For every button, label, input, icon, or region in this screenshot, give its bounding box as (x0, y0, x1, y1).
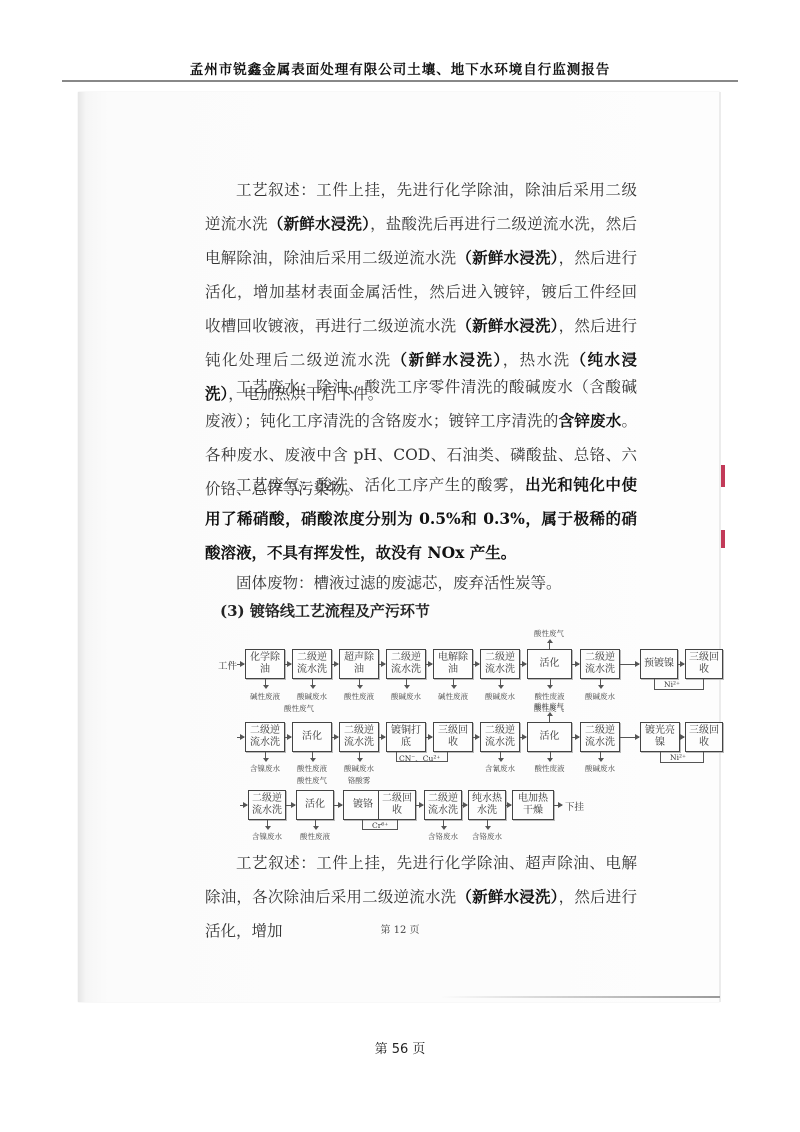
process-box: 化学除油 (245, 649, 285, 679)
pollutant-label: 酸性废气 (290, 776, 334, 786)
arrow-down (312, 752, 313, 760)
process-box: 镀铜打底 (386, 722, 426, 752)
arrow-right (554, 805, 562, 806)
arrow-right (473, 664, 479, 665)
arrow-right (379, 737, 385, 738)
recycle-ion-label: Ni²⁺ (664, 680, 680, 689)
pollutant-label: 酸碱废水 (290, 692, 334, 702)
pollutant-label: 含铬废水 (465, 832, 509, 842)
arrow-right (462, 805, 467, 806)
arrow-down (267, 820, 268, 828)
process-box: 二级逆流水洗 (292, 649, 332, 679)
arrow-down (315, 820, 316, 828)
arrow-down (550, 679, 551, 687)
pollutant-label: 酸碱废水 (478, 692, 522, 702)
arrow-down (550, 752, 551, 760)
arrow-down (359, 679, 360, 687)
arrow-right (285, 737, 291, 738)
arrow-down (500, 752, 501, 760)
arrow-down (443, 820, 444, 828)
page-number: 第 56 页 (0, 1038, 800, 1057)
arrow-right (426, 737, 432, 738)
arrow-right (334, 805, 342, 806)
arrow-right (285, 664, 291, 665)
arrow-down (265, 679, 266, 687)
arrow-right (332, 664, 338, 665)
pollutant-label: 酸性废气 (277, 704, 321, 714)
process-box: 二级逆流水洗 (339, 722, 379, 752)
arrow-down (359, 752, 360, 760)
pollutant-label: 酸碱废水 (578, 692, 622, 702)
process-box: 二级逆流水洗 (245, 722, 285, 752)
arrow-right (520, 664, 526, 665)
recycle-ion-label: Ni²⁺ (670, 753, 686, 762)
arrow-right (237, 737, 244, 738)
pollutant-label: 含氰废水 (478, 764, 522, 774)
process-box: 二级逆流水洗 (580, 722, 620, 752)
pollutant-label: 碱性废液 (243, 692, 287, 702)
arrow-right (572, 737, 579, 738)
pollutant-label: 酸碱废水 (384, 692, 428, 702)
pollutant-label: 酸性废液 (293, 832, 337, 842)
process-box: 二级逆流水洗 (480, 722, 520, 752)
process-box: 活化 (527, 649, 572, 679)
arrow-right (620, 737, 639, 738)
process-box: 三级回收 (433, 722, 473, 752)
flow-start-label: 工件 (218, 658, 237, 672)
process-box: 二级逆流水洗 (424, 790, 462, 820)
arrow-down (312, 679, 313, 687)
arrow-right (286, 805, 295, 806)
pollutant-label: 酸碱废水 (337, 764, 381, 774)
pollutant-label: 酸性废液 (337, 692, 381, 702)
process-box: 三级回收 (685, 649, 723, 679)
arrow-right (237, 664, 244, 665)
process-box: 电加热干燥 (512, 790, 554, 820)
recycle-ion-label: Cr⁶⁺ (372, 821, 388, 830)
arrow-right (620, 664, 639, 665)
process-box: 二级回收 (378, 790, 416, 820)
pollutant-label: 酸性废气 (527, 629, 571, 639)
arrow-up (549, 641, 550, 649)
pollutant-label: 含铬废水 (421, 832, 465, 842)
pollutant-label: 含镍废水 (243, 764, 287, 774)
process-box: 二级逆流水洗 (386, 649, 426, 679)
arrow-right (379, 664, 385, 665)
arrow-right (506, 805, 511, 806)
arrow-right (332, 737, 338, 738)
arrow-right (572, 664, 579, 665)
flow-end-label: 下挂 (565, 799, 584, 813)
process-box: 活化 (527, 722, 572, 752)
arrow-down (600, 752, 601, 760)
process-box: 活化 (292, 722, 332, 752)
arrow-down (406, 679, 407, 687)
pollutant-label: 酸性废气 (527, 702, 571, 712)
arrow-down (453, 679, 454, 687)
process-box: 镀铬 (343, 790, 383, 820)
process-box: 二级逆流水洗 (480, 649, 520, 679)
pollutant-label: 酸性废液 (528, 692, 572, 702)
process-box: 活化 (296, 790, 334, 820)
arrow-right (240, 805, 247, 806)
arrow-right (680, 737, 684, 738)
emphasis-text: （新鲜水浸洗） (456, 887, 558, 906)
arrow-down (265, 752, 266, 760)
process-box: 二级逆流水洗 (248, 790, 286, 820)
arrow-right (416, 805, 423, 806)
arrow-down (500, 679, 501, 687)
process-box: 三级回收 (685, 722, 723, 752)
chrome-plating-flow-diagram: 工件化学除油碱性废液二级逆流水洗酸碱废水超声除油酸性废液二级逆流水洗酸碱废水电解… (0, 0, 800, 1132)
process-box: 电解除油 (433, 649, 473, 679)
pollutant-label: 铬酸雾 (337, 776, 381, 786)
arrow-right (426, 664, 432, 665)
arrow-right (473, 737, 479, 738)
arrow-down (487, 820, 488, 828)
process-box: 预镀镍 (640, 649, 678, 679)
pollutant-label: 酸碱废水 (578, 764, 622, 774)
process-box: 超声除油 (339, 649, 379, 679)
recycle-ion-label: CN⁻、Cu²⁺ (399, 753, 440, 764)
arrow-up (549, 714, 550, 722)
arrow-down (600, 679, 601, 687)
process-box: 二级逆流水洗 (580, 649, 620, 679)
inner-page-number: 第 12 页 (0, 921, 800, 936)
arrow-right (678, 664, 684, 665)
process-box: 纯水热水洗 (468, 790, 506, 820)
pollutant-label: 酸性废液 (528, 764, 572, 774)
pollutant-label: 含镍废水 (245, 832, 289, 842)
pollutant-label: 酸性废液 (290, 764, 334, 774)
pollutant-label: 碱性废液 (431, 692, 475, 702)
arrow-right (520, 737, 526, 738)
process-box: 镀光亮镍 (640, 722, 680, 752)
